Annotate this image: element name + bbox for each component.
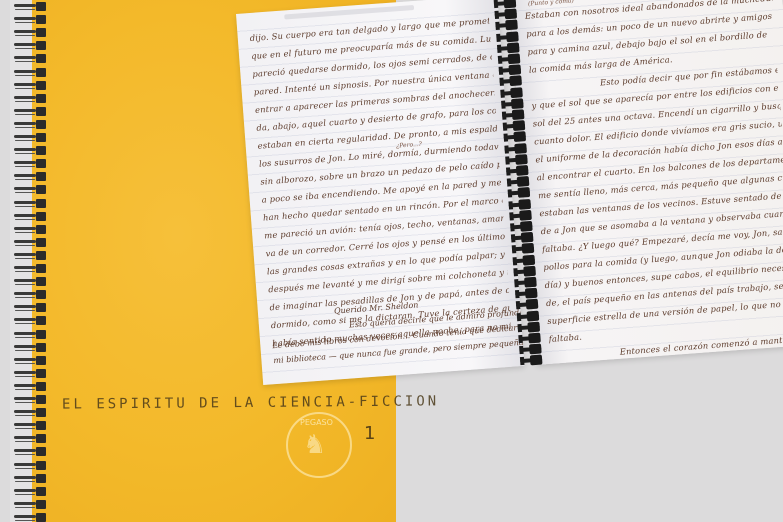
spiral-coil bbox=[10, 199, 50, 208]
coil-hole bbox=[36, 54, 46, 63]
spiral-coil bbox=[10, 81, 50, 90]
coil-wire bbox=[14, 489, 36, 492]
spiral-coil bbox=[10, 434, 50, 443]
spiral-coil bbox=[505, 176, 532, 188]
spiral-coil bbox=[508, 221, 535, 233]
coil-wire bbox=[14, 358, 36, 361]
coil-wire bbox=[14, 515, 36, 518]
coil-wire bbox=[14, 17, 36, 20]
spiral-coil bbox=[518, 355, 545, 367]
coil-hole bbox=[36, 474, 46, 483]
spiral-coil bbox=[10, 159, 50, 168]
coil-wire bbox=[14, 148, 36, 151]
spiral-coil bbox=[10, 343, 50, 352]
spiral-coil bbox=[10, 212, 50, 221]
spiral-coil bbox=[502, 143, 529, 155]
coil-hole bbox=[36, 487, 46, 496]
spiral-coil bbox=[10, 316, 50, 325]
spiral-coil bbox=[513, 288, 540, 300]
coil-hole bbox=[36, 94, 46, 103]
spiral-coil bbox=[507, 210, 534, 222]
spiral-coil bbox=[516, 332, 543, 344]
coil-wire bbox=[14, 305, 36, 308]
spiral-coil bbox=[10, 94, 50, 103]
spiral-coil bbox=[10, 395, 50, 404]
spiral-coil bbox=[10, 68, 50, 77]
coil-hole bbox=[36, 68, 46, 77]
coil-hole bbox=[36, 15, 46, 24]
spiral-coil bbox=[499, 98, 526, 110]
spiral-coil bbox=[10, 107, 50, 116]
coil-wire bbox=[14, 384, 36, 387]
coil-wire bbox=[14, 449, 36, 452]
coil-wire bbox=[14, 436, 36, 439]
coil-hole bbox=[36, 395, 46, 404]
spiral-coil bbox=[497, 64, 524, 76]
spiral-coil bbox=[492, 8, 519, 20]
spiral-coil bbox=[504, 165, 531, 177]
coil-wire bbox=[14, 476, 36, 479]
coil-hole bbox=[36, 408, 46, 417]
coil-hole bbox=[36, 107, 46, 116]
coil-wire bbox=[14, 502, 36, 505]
spiral-coil bbox=[10, 54, 50, 63]
coil-wire bbox=[14, 56, 36, 59]
spiral-coil bbox=[515, 321, 542, 333]
spiral-coil bbox=[493, 20, 520, 32]
coil-wire bbox=[14, 174, 36, 177]
cover-volume-number: 1 bbox=[364, 423, 375, 444]
coil-hole bbox=[36, 303, 46, 312]
spiral-coil bbox=[498, 87, 525, 99]
coil-hole bbox=[36, 199, 46, 208]
coil-hole bbox=[36, 251, 46, 260]
coil-hole bbox=[36, 382, 46, 391]
right-page-handwriting: Estaban con nosotros ideal abandonados d… bbox=[524, 0, 783, 365]
coil-hole bbox=[36, 421, 46, 430]
spiral-coil bbox=[10, 500, 50, 509]
left-page: dijo. Su cuerpo era tan delgado y largo … bbox=[236, 0, 525, 385]
coil-hole bbox=[36, 264, 46, 273]
coil-hole bbox=[36, 212, 46, 221]
coil-hole bbox=[36, 343, 46, 352]
spiral-coil bbox=[10, 146, 50, 155]
coil-hole bbox=[36, 369, 46, 378]
coil-wire bbox=[14, 279, 36, 282]
spiral-coil bbox=[10, 513, 50, 522]
coil-wire bbox=[14, 43, 36, 46]
spiral-coil bbox=[10, 356, 50, 365]
spiral-coil bbox=[10, 408, 50, 417]
spiral-coil bbox=[515, 310, 542, 322]
spiral-coil bbox=[512, 277, 539, 289]
coil-wire bbox=[14, 109, 36, 112]
coil-hole bbox=[36, 133, 46, 142]
coil-hole bbox=[36, 290, 46, 299]
coil-hole bbox=[36, 159, 46, 168]
coil-hole bbox=[36, 120, 46, 129]
coil-hole bbox=[36, 356, 46, 365]
spiral-coil bbox=[10, 487, 50, 496]
coil-hole bbox=[36, 447, 46, 456]
coil-wire bbox=[14, 423, 36, 426]
coil-wire bbox=[14, 83, 36, 86]
spiral-coil bbox=[495, 42, 522, 54]
spiral-coil bbox=[503, 154, 530, 166]
spiral-coil bbox=[10, 474, 50, 483]
spiral-coil bbox=[496, 53, 523, 65]
spiral-coil bbox=[10, 28, 50, 37]
coil-wire bbox=[14, 371, 36, 374]
coil-hole bbox=[36, 330, 46, 339]
coil-hole bbox=[36, 172, 46, 181]
coil-wire bbox=[14, 201, 36, 204]
coil-hole bbox=[36, 2, 46, 11]
coil-wire bbox=[14, 253, 36, 256]
spiral-coil bbox=[10, 120, 50, 129]
coil-hole bbox=[36, 316, 46, 325]
spiral-coil bbox=[10, 2, 50, 11]
coil-hole bbox=[36, 461, 46, 470]
coil-hole bbox=[36, 238, 46, 247]
coil-wire bbox=[14, 30, 36, 33]
spiral-coil bbox=[494, 31, 521, 43]
spiral-coil bbox=[10, 277, 50, 286]
spiral-coil bbox=[10, 330, 50, 339]
spiral-coil bbox=[510, 243, 537, 255]
coil-hole bbox=[36, 28, 46, 37]
coil-hole bbox=[36, 185, 46, 194]
spiral-coil bbox=[511, 265, 538, 277]
coil-wire bbox=[14, 345, 36, 348]
coil-hole bbox=[36, 277, 46, 286]
coil-wire bbox=[14, 161, 36, 164]
coil-hole bbox=[36, 81, 46, 90]
coil-hole bbox=[36, 41, 46, 50]
spiral-coil bbox=[514, 299, 541, 311]
spiral-coil bbox=[10, 225, 50, 234]
spiral-coil bbox=[501, 131, 528, 143]
coil-wire bbox=[14, 122, 36, 125]
spiral-coil bbox=[509, 232, 536, 244]
cover-spiral-binding bbox=[10, 0, 50, 522]
coil-hole bbox=[36, 500, 46, 509]
coil-wire bbox=[14, 227, 36, 230]
spiral-coil bbox=[10, 238, 50, 247]
spiral-coil bbox=[10, 185, 50, 194]
spiral-coil bbox=[10, 421, 50, 430]
right-page: (Punto y coma) pueblo Estaban con nosotr… bbox=[509, 0, 783, 365]
coil-wire bbox=[14, 266, 36, 269]
spiral-coil bbox=[500, 109, 527, 121]
spiral-coil bbox=[10, 15, 50, 24]
coil-wire bbox=[14, 135, 36, 138]
spiral-coil bbox=[10, 447, 50, 456]
coil-hole bbox=[36, 225, 46, 234]
spiral-coil bbox=[10, 264, 50, 273]
spiral-coil bbox=[497, 76, 524, 88]
stamp-label: PEGASO bbox=[300, 418, 333, 427]
spiral-coil bbox=[10, 290, 50, 299]
coil-hole bbox=[36, 434, 46, 443]
spiral-coil bbox=[10, 133, 50, 142]
spiral-coil bbox=[506, 198, 533, 210]
coil-wire bbox=[14, 240, 36, 243]
coil-wire bbox=[14, 214, 36, 217]
cover-title: EL ESPIRITU DE LA CIENCIA-FICCION bbox=[62, 393, 439, 412]
coil-wire bbox=[14, 96, 36, 99]
spiral-coil bbox=[10, 251, 50, 260]
coil-wire bbox=[14, 410, 36, 413]
spiral-coil bbox=[501, 120, 528, 132]
coil-hole bbox=[36, 513, 46, 522]
coil-wire bbox=[14, 318, 36, 321]
spiral-coil bbox=[506, 187, 533, 199]
pegasus-icon: ♞ bbox=[303, 430, 326, 460]
coil-wire bbox=[14, 397, 36, 400]
spiral-coil bbox=[10, 369, 50, 378]
coil-wire bbox=[14, 463, 36, 466]
spiral-coil bbox=[10, 303, 50, 312]
coil-wire bbox=[14, 4, 36, 7]
open-notebook: dijo. Su cuerpo era tan delgado y largo … bbox=[236, 0, 783, 385]
spiral-coil bbox=[10, 461, 50, 470]
spiral-coil bbox=[10, 41, 50, 50]
spiral-coil bbox=[10, 172, 50, 181]
spiral-coil bbox=[517, 344, 544, 356]
coil-hole bbox=[36, 146, 46, 155]
spiral-coil bbox=[10, 382, 50, 391]
coil-wire bbox=[14, 332, 36, 335]
coil-wire bbox=[14, 70, 36, 73]
coil-wire bbox=[14, 187, 36, 190]
spiral-coil bbox=[510, 254, 537, 266]
coil-wire bbox=[14, 292, 36, 295]
